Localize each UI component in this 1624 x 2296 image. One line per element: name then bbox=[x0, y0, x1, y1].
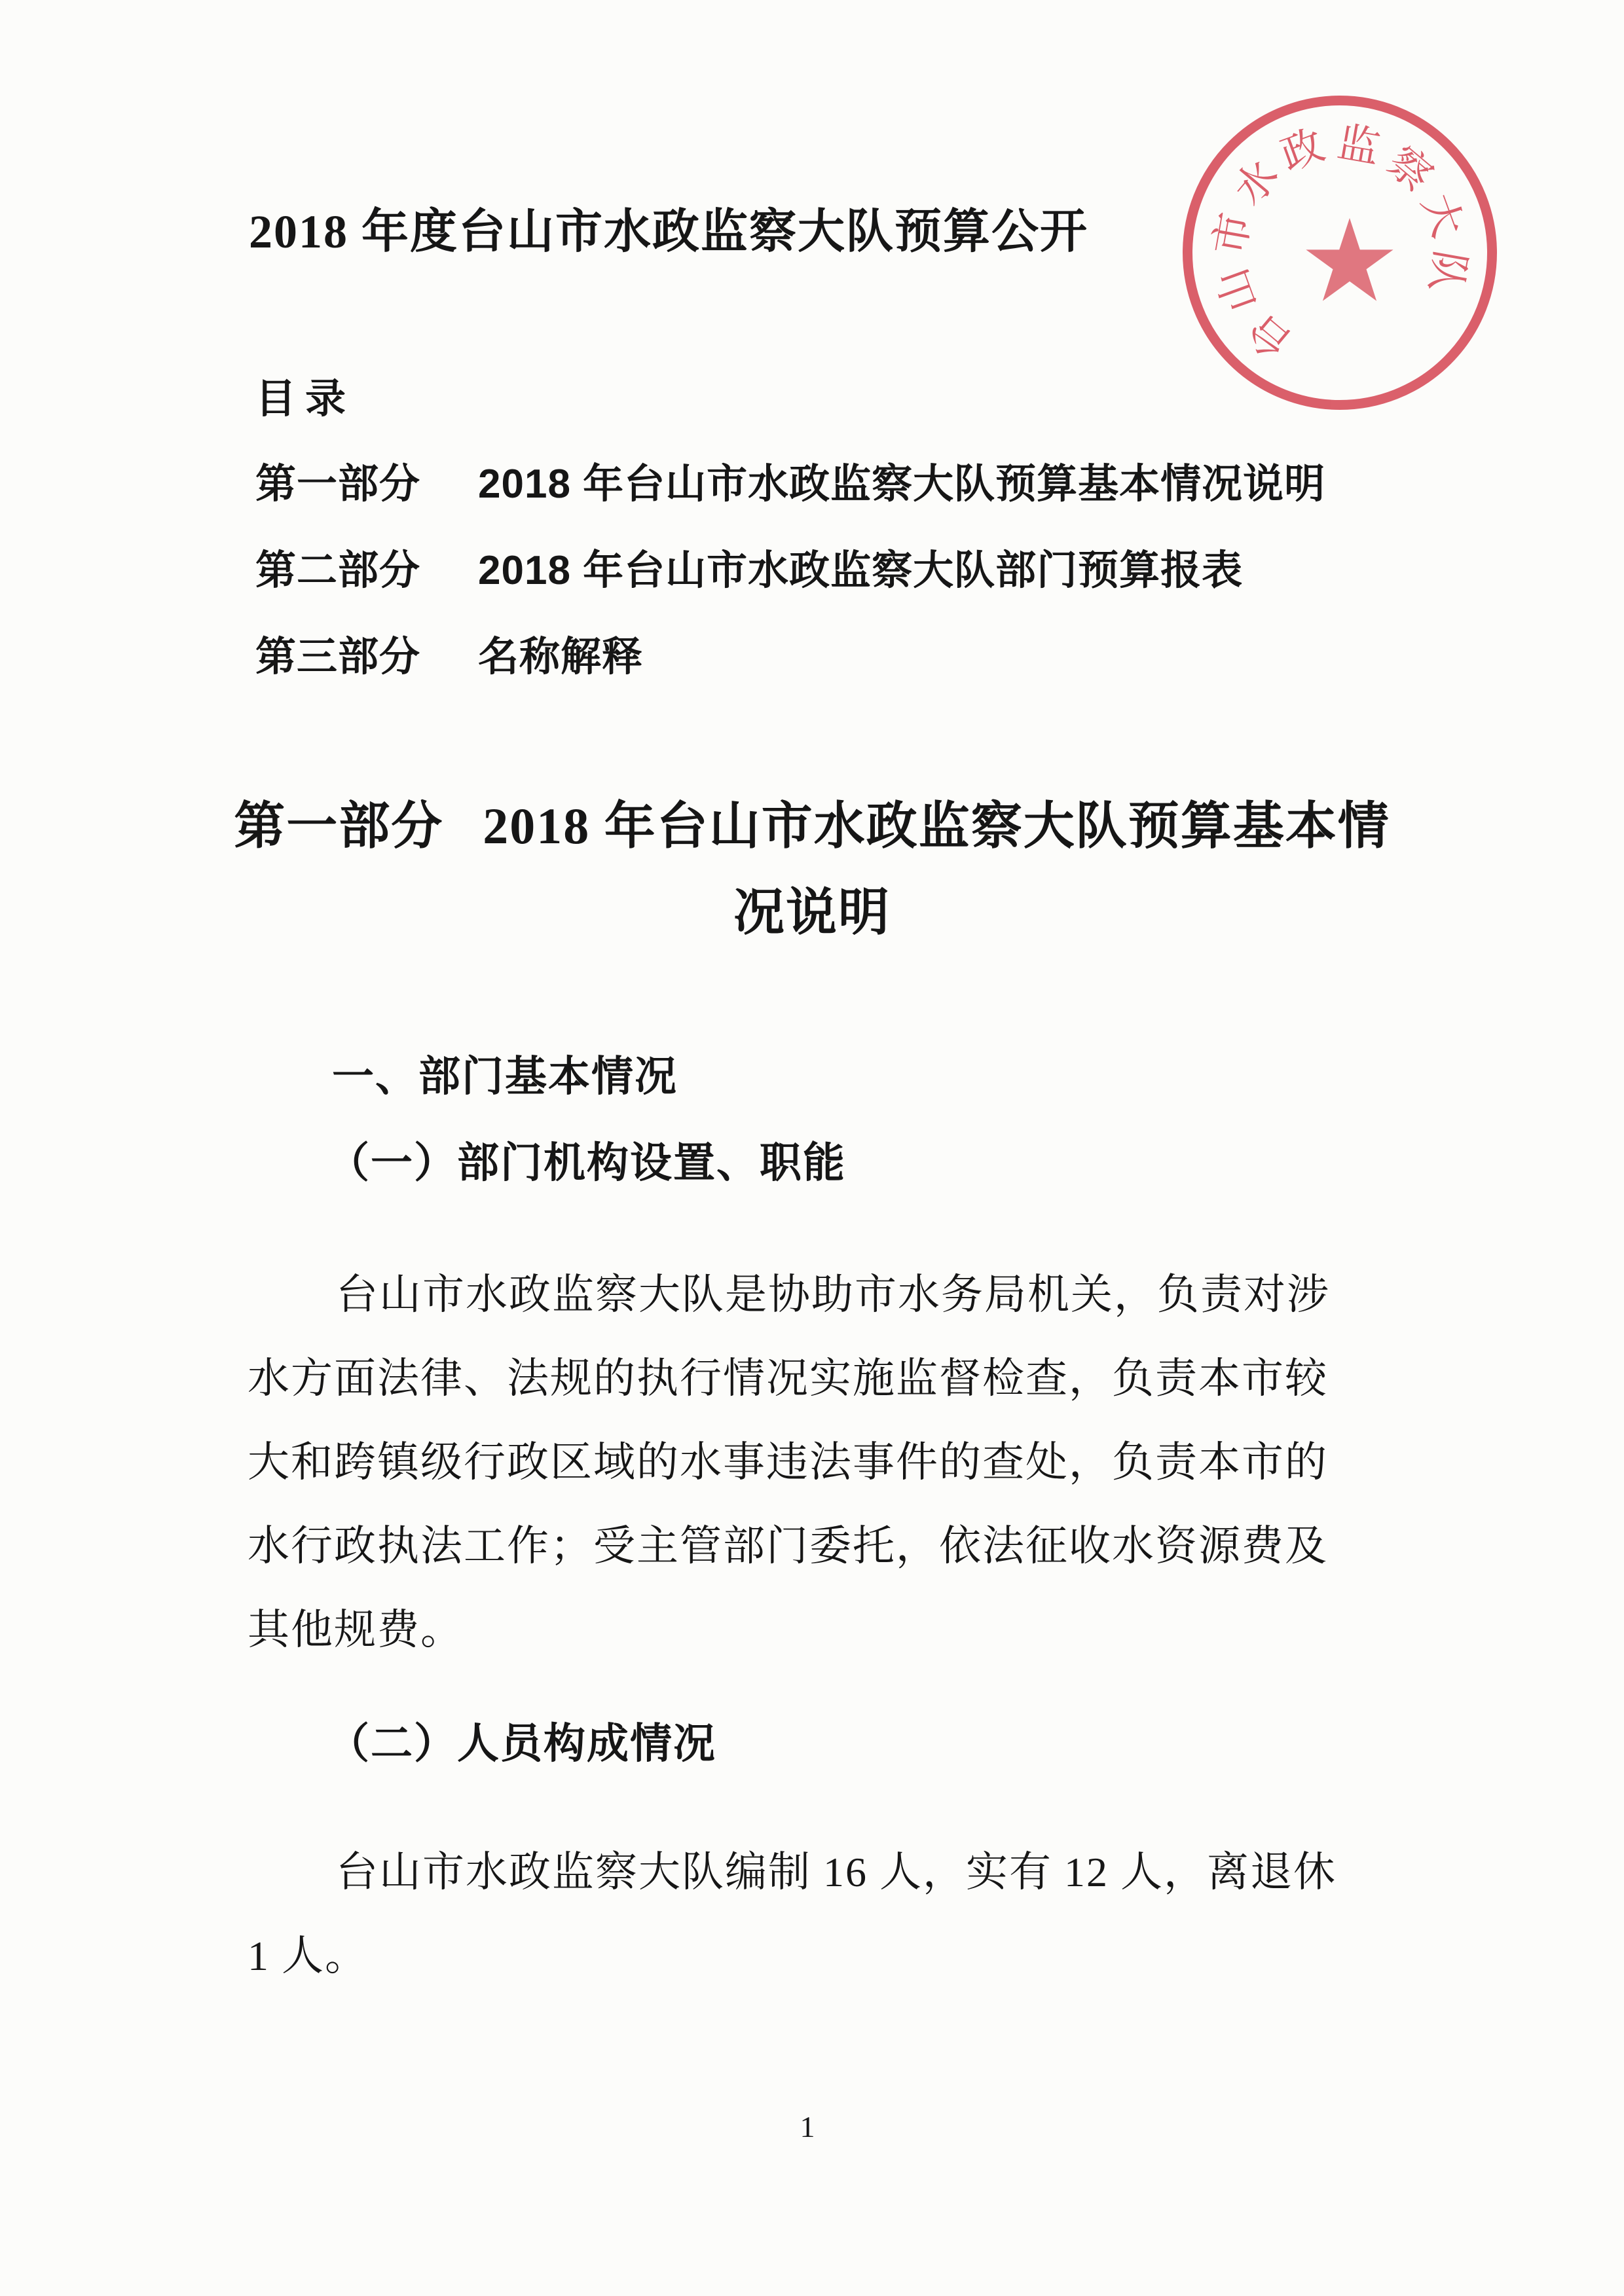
seal-char: 政 bbox=[1271, 111, 1331, 182]
toc-heading: 目录 bbox=[255, 376, 355, 423]
seal-char: 山 bbox=[1198, 261, 1269, 321]
seal-char: 大 bbox=[1410, 184, 1481, 244]
toc-part-title: 名称解释 bbox=[478, 634, 643, 680]
page-number: 1 bbox=[0, 2109, 1615, 2145]
document-title: 2018 年度台山市水政监察大队预算公开 bbox=[249, 202, 1088, 262]
seal-char: 水 bbox=[1217, 145, 1290, 215]
seal-char: 察 bbox=[1376, 130, 1447, 203]
paragraph-line: 其他规费。 bbox=[248, 1588, 1374, 1672]
paragraph-line: 水方面法律、法规的执行情况实施监督检查，负责本市较 bbox=[248, 1337, 1374, 1421]
toc-item-part3: 第三部分名称解释 bbox=[255, 614, 1325, 701]
paragraph-line: 台山市水政监察大队编制 16 人，实有 12 人，离退休 bbox=[248, 1831, 1374, 1914]
section-part-label: 第一部分 bbox=[234, 797, 443, 854]
section-heading-line2: 况说明 bbox=[0, 869, 1624, 956]
toc-list: 第一部分2018 年台山市水政监察大队预算基本情况说明 第二部分2018 年台山… bbox=[255, 441, 1325, 701]
document-page: 2018 年度台山市水政监察大队预算公开 台山市水政监察大队 目录 第一部分20… bbox=[0, 0, 1624, 2296]
toc-part-title: 2018 年台山市水政监察大队预算基本情况说明 bbox=[478, 462, 1325, 507]
toc-part-label: 第一部分 bbox=[255, 462, 420, 507]
seal-char: 队 bbox=[1418, 246, 1485, 298]
paragraph-line: 大和跨镇级行政区域的水事违法事件的查处，负责本市的 bbox=[248, 1421, 1374, 1504]
seal-text: 台山市水政监察大队 bbox=[1192, 105, 1487, 400]
toc-item-part1: 第一部分2018 年台山市水政监察大队预算基本情况说明 bbox=[255, 441, 1325, 528]
section-heading-line1: 第一部分2018 年台山市水政监察大队预算基本情 bbox=[0, 783, 1624, 869]
seal-char: 市 bbox=[1196, 208, 1263, 259]
paragraph-line: 台山市水政监察大队是协助市水务局机关，负责对涉 bbox=[248, 1253, 1374, 1337]
toc-part-label: 第三部分 bbox=[255, 634, 420, 680]
seal-char: 台 bbox=[1232, 302, 1302, 376]
toc-part-label: 第二部分 bbox=[255, 548, 420, 593]
toc-part-title: 2018 年台山市水政监察大队部门预算报表 bbox=[478, 548, 1243, 593]
subheading-personnel: （二）人员构成情况 bbox=[327, 1720, 716, 1767]
section-title-text: 2018 年台山市水政监察大队预算基本情 bbox=[483, 797, 1390, 854]
official-seal: 台山市水政监察大队 bbox=[1183, 96, 1497, 410]
subheading-department-basics: 一、部门基本情况 bbox=[332, 1053, 678, 1100]
paragraph-personnel: 台山市水政监察大队编制 16 人，实有 12 人，离退休 1 人。 bbox=[248, 1831, 1374, 1998]
section-heading: 第一部分2018 年台山市水政监察大队预算基本情 况说明 bbox=[0, 783, 1624, 956]
paragraph-line: 水行政执法工作；受主管部门委托，依法征收水资源费及 bbox=[248, 1504, 1374, 1588]
paragraph-line: 1 人。 bbox=[248, 1914, 1374, 1998]
subheading-org-functions: （一）部门机构设置、职能 bbox=[327, 1139, 846, 1186]
paragraph-functions: 台山市水政监察大队是协助市水务局机关，负责对涉 水方面法律、法规的执行情况实施监… bbox=[248, 1253, 1374, 1672]
toc-item-part2: 第二部分2018 年台山市水政监察大队部门预算报表 bbox=[255, 528, 1325, 614]
seal-char: 监 bbox=[1333, 109, 1385, 175]
